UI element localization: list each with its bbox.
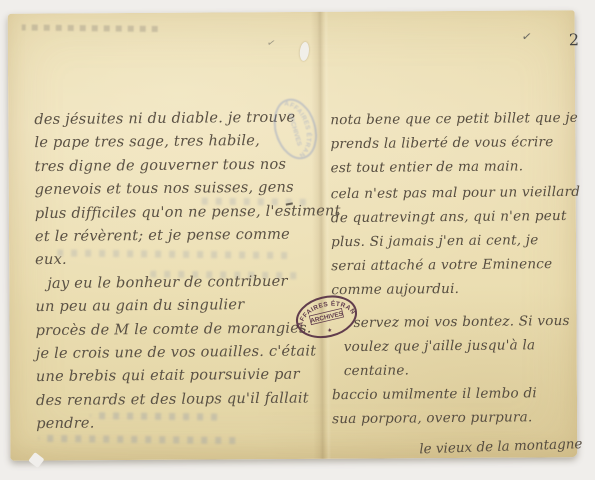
manuscript-line: une brebis qui etait poursuivie par (36, 363, 342, 389)
page-number: 2 (569, 30, 579, 49)
manuscript-line: jay eu le bonheur de contribuer (47, 269, 341, 295)
manuscript-line: genevois et tous nos suisses, gens (35, 175, 341, 201)
manuscript-line: baccio umilmente il lembo di (332, 382, 582, 408)
manuscript-scan: 2 ✓ ✓ des jésuites ni du diable. je trou… (0, 0, 595, 480)
right-page-text: nota bene que ce petit billet que je pre… (330, 107, 581, 431)
manuscript-line: prends la liberté de vous écrire (330, 131, 580, 157)
manuscript-line: plus. Si jamais j'en ai cent, je (331, 229, 581, 255)
manuscript-line: cela n'est pas mal pour un vieillard (331, 181, 581, 207)
manuscript-line: centaine. (344, 358, 582, 384)
manuscript-line: eux. (35, 246, 341, 272)
manuscript-line: comme aujourdui. (331, 276, 581, 302)
svg-text:★: ★ (326, 326, 333, 334)
manuscript-line: plus difficiles qu'on ne pense, l'estime… (35, 199, 341, 225)
ink-bleedthrough (38, 435, 238, 444)
manuscript-line: et le révèrent; et je pense comme (35, 222, 341, 248)
manuscript-line: servez moi vos bontez. Si vous (353, 310, 581, 336)
manuscript-line: voulez que j'aille jusqu'à la (344, 334, 582, 360)
check-mark-icon: ✓ (521, 29, 533, 44)
mirrored-pencil-annotation (22, 24, 160, 32)
manuscript-line: est tout entier de ma main. (330, 154, 580, 180)
manuscript-line: sua porpora, overo purpura. (332, 405, 582, 431)
paper-notch (28, 452, 44, 468)
manuscript-line: serai attaché a votre Eminence (331, 253, 581, 279)
manuscript-line: pendre. (36, 409, 342, 435)
manuscript-line: des renards et des loups qu'il fallait (36, 386, 342, 412)
manuscript-line: nota bene que ce petit billet que je (330, 107, 580, 133)
manuscript-line: de quatrevingt ans, qui n'en peut (331, 205, 581, 231)
signature: le vieux de la montagne (419, 436, 583, 457)
letter-paper: 2 ✓ ✓ des jésuites ni du diable. je trou… (8, 10, 578, 460)
tick-mark-icon: ✓ (266, 37, 277, 50)
paper-chip (299, 41, 310, 61)
